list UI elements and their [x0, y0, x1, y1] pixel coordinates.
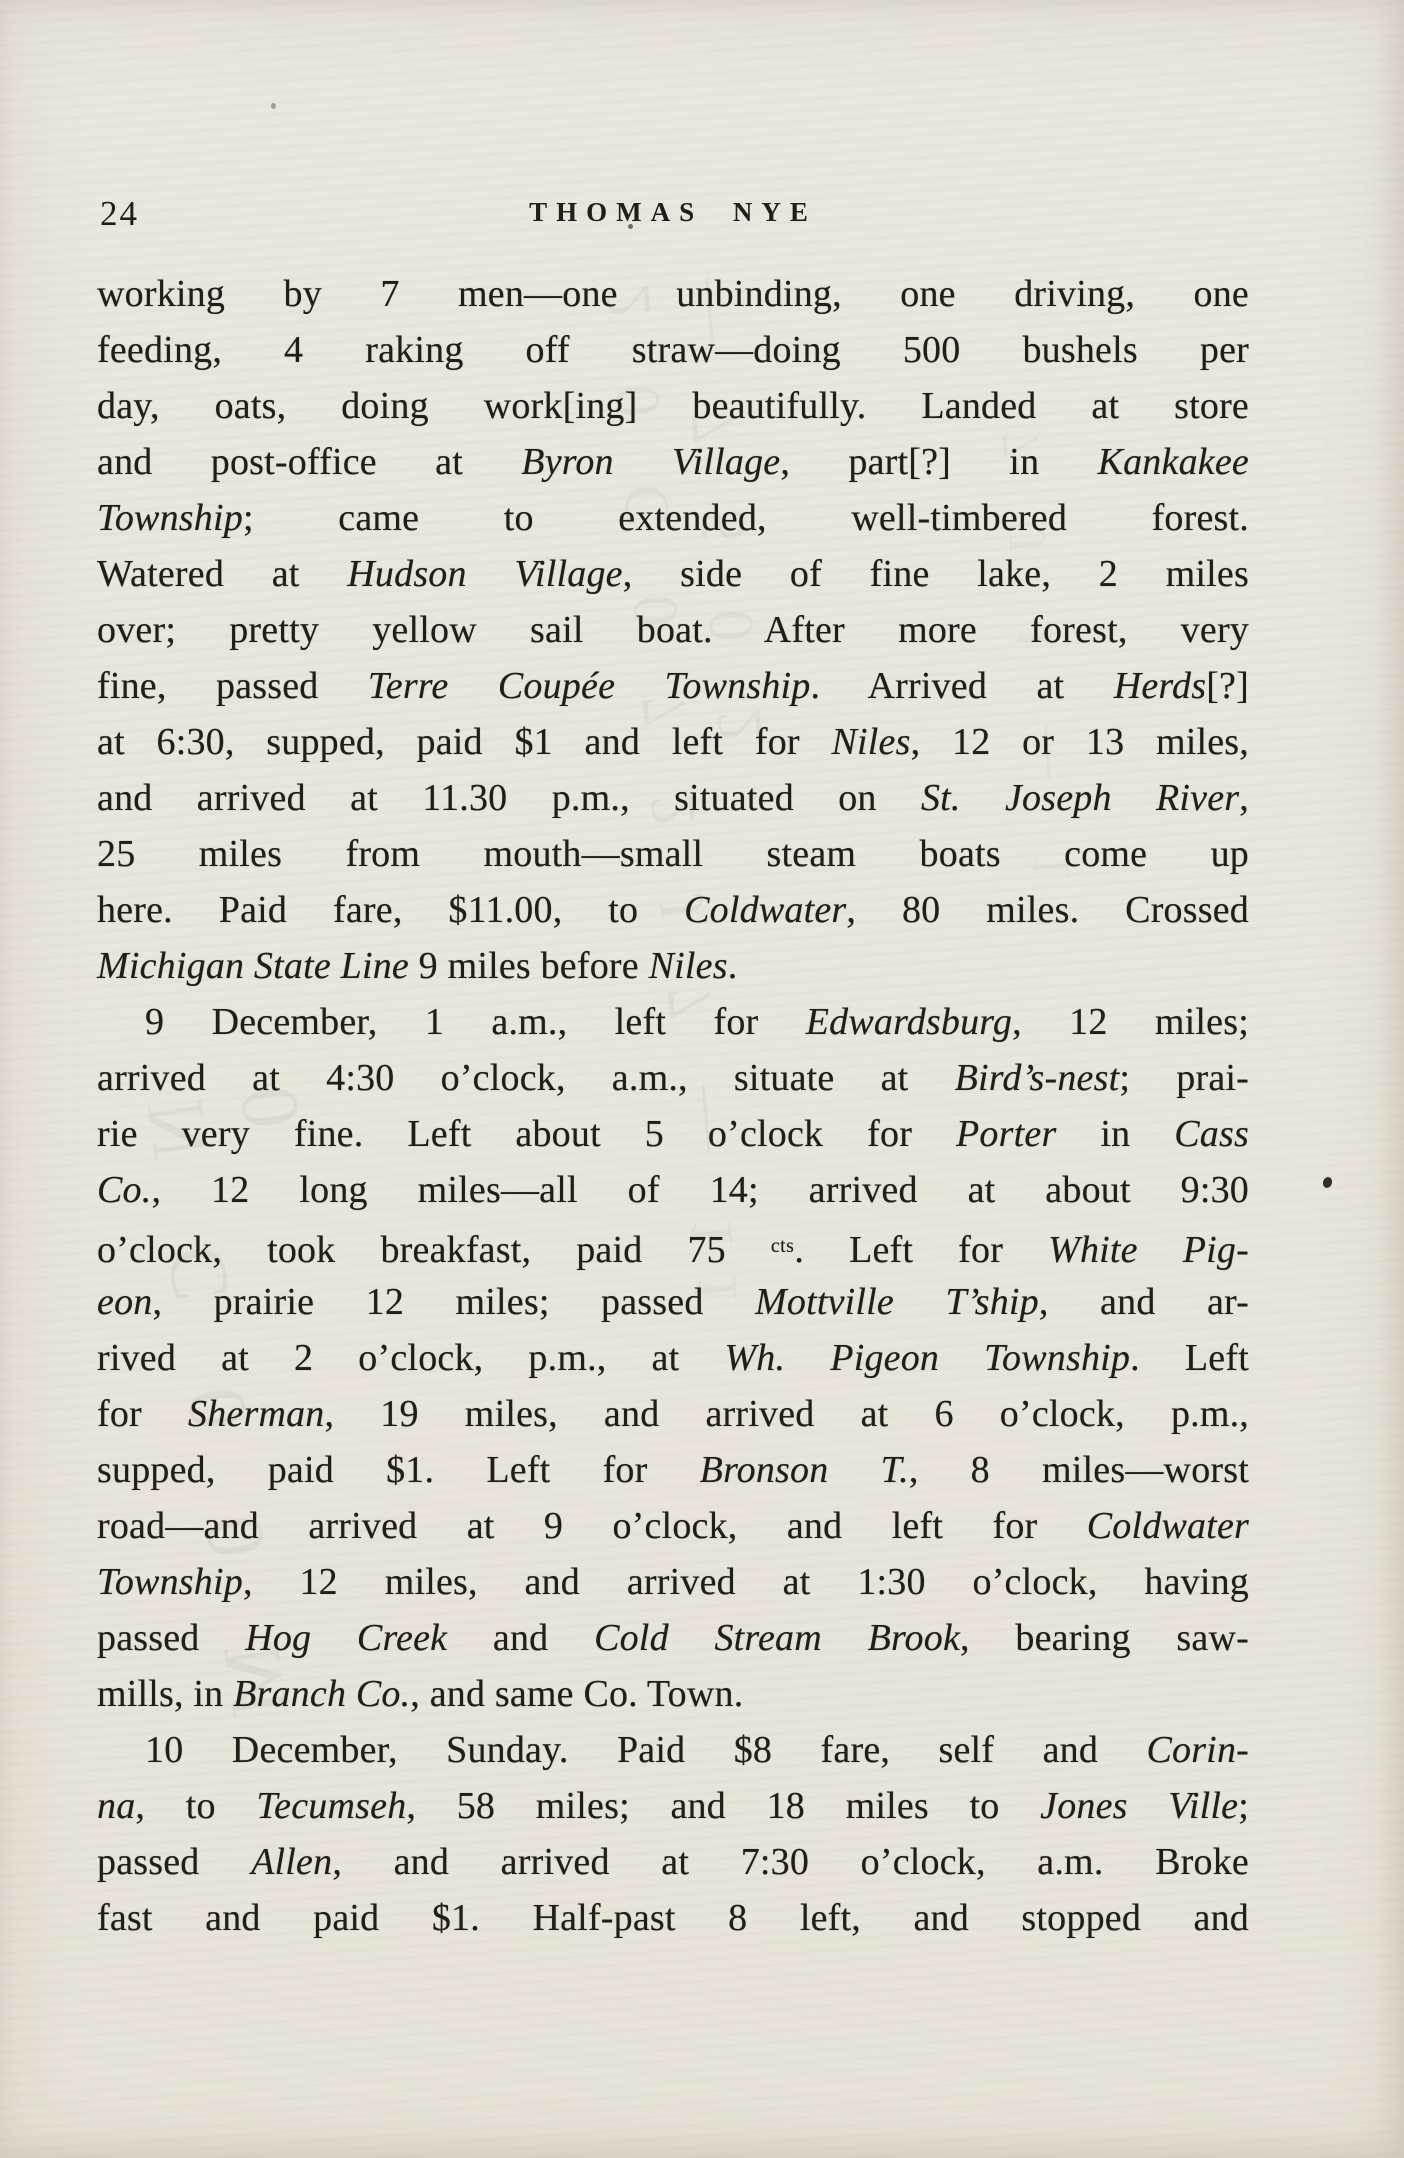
text-run: at 6:30, supped, paid $1 and left for [97, 721, 831, 763]
italic-text-run: Corin- [1146, 1729, 1249, 1771]
text-run: 9 miles before [409, 945, 649, 987]
text-run: road—and arrived at 9 o’clock, and left … [97, 1505, 1087, 1547]
text-line: Township; came to extended, well-timbere… [97, 490, 1249, 546]
text-run: ; came to extended, well-timbered forest… [243, 497, 1249, 539]
text-run: , 12 miles, and arrived at 1:30 o’clock,… [243, 1561, 1249, 1603]
italic-text-run: Jones Ville [1040, 1785, 1238, 1827]
italic-text-run: St. Joseph River [921, 777, 1239, 819]
text-run: , and arrived at 7:30 o’clock, a.m. Brok… [332, 1841, 1249, 1883]
text-run: passed [97, 1617, 245, 1659]
text-line: rived at 2 o’clock, p.m., at Wh. Pigeon … [97, 1330, 1249, 1386]
text-line: working by 7 men—one unbinding, one driv… [97, 266, 1249, 322]
text-run: , [1239, 777, 1249, 819]
text-run: , prairie 12 miles; passed [152, 1281, 755, 1323]
text-line: arrived at 4:30 o’clock, a.m., situate a… [97, 1050, 1249, 1106]
italic-text-run: Sherman [188, 1393, 325, 1435]
text-line: fine, passed Terre Coupée Township. Arri… [97, 658, 1249, 714]
text-run: ; [1238, 1785, 1249, 1827]
text-run: 9 December, 1 a.m., left for [145, 1001, 806, 1043]
italic-text-run: Terre Coupée Township [368, 665, 811, 707]
text-run: , 8 miles—worst [909, 1449, 1249, 1491]
text-run: fine, passed [97, 665, 368, 707]
text-run: fast and paid $1. Half-past 8 left, and … [97, 1897, 1249, 1939]
text-run: , and ar- [1039, 1281, 1249, 1323]
italic-text-run: Bronson T. [700, 1449, 909, 1491]
text-line: over; pretty yellow sail boat. After mor… [97, 602, 1249, 658]
text-line: road—and arrived at 9 o’clock, and left … [97, 1498, 1249, 1554]
text-run: . [728, 945, 738, 987]
italic-text-run: Niles [649, 945, 728, 987]
superscript-text-run: cts [771, 1235, 794, 1257]
italic-text-run: Mottville T’ship [755, 1281, 1039, 1323]
ink-speck [271, 103, 276, 109]
text-run: , 19 miles, and arrived at 6 o’clock, p.… [325, 1393, 1249, 1435]
italic-text-run: Kankakee [1098, 441, 1249, 483]
italic-text-run: na [97, 1785, 135, 1827]
text-run: feeding, 4 raking off straw—doing 500 bu… [97, 329, 1249, 371]
text-run: working by 7 men—one unbinding, one driv… [97, 273, 1249, 315]
italic-text-run: White Pig- [1048, 1229, 1249, 1271]
italic-text-run: Hudson Village [347, 553, 622, 595]
text-line: day, oats, doing work[ing] beautifully. … [97, 378, 1249, 434]
text-run: , and same Co. Town. [410, 1673, 743, 1715]
italic-text-run: Michigan State Line [97, 945, 409, 987]
text-run: mills, in [97, 1673, 233, 1715]
text-run: , 58 miles; and 18 miles to [406, 1785, 1040, 1827]
italic-text-run: Porter [956, 1113, 1056, 1155]
text-line: fast and paid $1. Half-past 8 left, and … [97, 1890, 1249, 1946]
text-run: ; prai- [1119, 1057, 1249, 1099]
italic-text-run: Tecumseh [256, 1785, 406, 1827]
text-run: and arrived at 11.30 p.m., situated on [97, 777, 921, 819]
text-run: , 12 miles; [1012, 1001, 1249, 1043]
text-run: here. Paid fare, $11.00, to [97, 889, 684, 931]
italic-text-run: Cold Stream Brook [594, 1617, 960, 1659]
text-line: 9 December, 1 a.m., left for Edwardsburg… [97, 994, 1249, 1050]
text-run: , to [135, 1785, 256, 1827]
italic-text-run: Coldwater [684, 889, 846, 931]
text-line: rie very fine. Left about 5 o’clock for … [97, 1106, 1249, 1162]
italic-text-run: Coldwater [1087, 1505, 1249, 1547]
text-line: at 6:30, supped, paid $1 and left for Ni… [97, 714, 1249, 770]
ink-speck [1322, 1176, 1334, 1189]
text-line: o’clock, took breakfast, paid 75 cts. Le… [97, 1218, 1249, 1274]
text-run: . Left for [794, 1229, 1048, 1271]
text-run: arrived at 4:30 o’clock, a.m., situate a… [97, 1057, 955, 1099]
text-run: and [447, 1617, 594, 1659]
text-run: day, oats, doing work[ing] beautifully. … [97, 385, 1249, 427]
page-header: 24 THOMAS NYE [97, 186, 1249, 230]
text-run: Watered at [97, 553, 347, 595]
text-line: eon, prairie 12 miles; passed Mottville … [97, 1274, 1249, 1330]
text-run: o’clock, took breakfast, paid 75 [97, 1229, 771, 1271]
text-run: , bearing saw- [960, 1617, 1249, 1659]
text-run: . Left [1130, 1337, 1249, 1379]
text-line: for Sherman, 19 miles, and arrived at 6 … [97, 1386, 1249, 1442]
text-run: , side of fine lake, 2 miles [623, 553, 1249, 595]
italic-text-run: Herds [1114, 665, 1206, 707]
text-run: [?] [1206, 665, 1249, 707]
text-run: . Arrived at [810, 665, 1113, 707]
text-run: rie very fine. Left about 5 o’clock for [97, 1113, 956, 1155]
italic-text-run: Township [97, 497, 243, 539]
text-line: passed Allen, and arrived at 7:30 o’cloc… [97, 1834, 1249, 1890]
text-run: and post-office at [97, 441, 521, 483]
italic-text-run: Allen [251, 1841, 332, 1883]
page-body: working by 7 men—one unbinding, one driv… [97, 266, 1249, 1946]
text-line: Michigan State Line 9 miles before Niles… [97, 938, 1249, 994]
italic-text-run: Niles [831, 721, 910, 763]
text-run: for [97, 1393, 188, 1435]
text-line: 25 miles from mouth—small steam boats co… [97, 826, 1249, 882]
italic-text-run: Bird’s-nest [955, 1057, 1120, 1099]
text-line: mills, in Branch Co., and same Co. Town. [97, 1666, 1249, 1722]
text-line: supped, paid $1. Left for Bronson T., 8 … [97, 1442, 1249, 1498]
text-run: , 12 or 13 miles, [911, 721, 1249, 763]
italic-text-run: Branch Co. [233, 1673, 410, 1715]
italic-text-run: Township [97, 1561, 243, 1603]
text-run: in [1056, 1113, 1174, 1155]
text-line: feeding, 4 raking off straw—doing 500 bu… [97, 322, 1249, 378]
italic-text-run: Cass [1174, 1113, 1249, 1155]
text-run: 25 miles from mouth—small steam boats co… [97, 833, 1249, 875]
text-line: Co., 12 long miles—all of 14; arrived at… [97, 1162, 1249, 1218]
italic-text-run: Hog Creek [245, 1617, 447, 1659]
running-header: THOMAS NYE [97, 197, 1249, 228]
text-run: , part[?] in [780, 441, 1097, 483]
text-run: passed [97, 1841, 251, 1883]
text-line: and post-office at Byron Village, part[?… [97, 434, 1249, 490]
italic-text-run: Wh. Pigeon Township [724, 1337, 1130, 1379]
text-line: and arrived at 11.30 p.m., situated on S… [97, 770, 1249, 826]
text-run: , 80 miles. Crossed [846, 889, 1249, 931]
italic-text-run: eon [97, 1281, 152, 1323]
text-line: here. Paid fare, $11.00, to Coldwater, 8… [97, 882, 1249, 938]
text-line: Watered at Hudson Village, side of fine … [97, 546, 1249, 602]
text-run: 10 December, Sunday. Paid $8 fare, self … [145, 1729, 1146, 1771]
italic-text-run: Byron Village [521, 441, 780, 483]
text-run: supped, paid $1. Left for [97, 1449, 700, 1491]
text-line: 10 December, Sunday. Paid $8 fare, self … [97, 1722, 1249, 1778]
book-page-scan: 2 0 C 0 7 2 J 7 — 11 — 7 5 0 2 N C 0 0 M… [0, 0, 1404, 2158]
text-run: over; pretty yellow sail boat. After mor… [97, 609, 1249, 651]
text-run: rived at 2 o’clock, p.m., at [97, 1337, 724, 1379]
italic-text-run: Edwardsburg [806, 1001, 1012, 1043]
text-run: , 12 long miles—all of 14; arrived at ab… [151, 1169, 1249, 1211]
text-line: passed Hog Creek and Cold Stream Brook, … [97, 1610, 1249, 1666]
italic-text-run: Co. [97, 1169, 151, 1211]
text-line: na, to Tecumseh, 58 miles; and 18 miles … [97, 1778, 1249, 1834]
text-line: Township, 12 miles, and arrived at 1:30 … [97, 1554, 1249, 1610]
